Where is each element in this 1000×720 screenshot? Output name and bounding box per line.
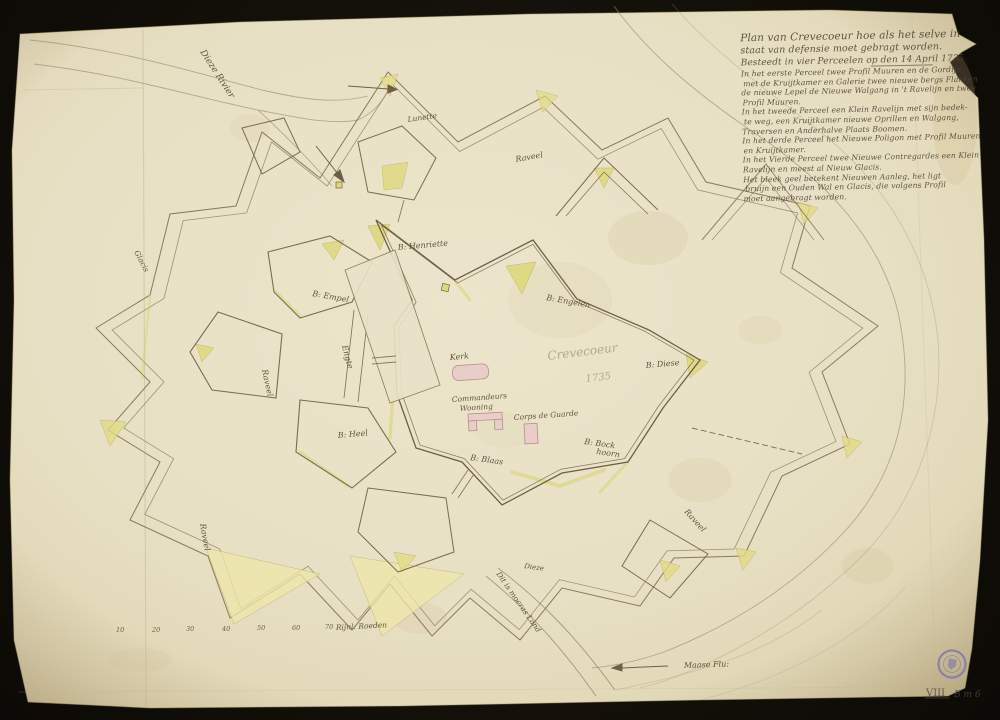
scale-tick-70: 70 (325, 623, 333, 631)
kerk-label: Kerk (448, 351, 469, 362)
scale-tick-20: 20 (151, 626, 160, 634)
scale-tick-60: 60 (292, 624, 300, 632)
shelf-mark-code: B m 6 (953, 690, 981, 700)
legend-text-block: Plan van Crevecoeur hoe als het selve in… (740, 28, 972, 218)
corps-de-guarde-building (524, 423, 538, 444)
scanned-map-photo: Dieze Rivier Lunette Raveel Glacis Ravee… (0, 0, 1000, 720)
scale-tick-30: 30 (186, 625, 194, 633)
shelf-mark-numeral: VIII (925, 688, 945, 699)
kerk-building (452, 363, 489, 380)
maas-label: Maase Flu: (683, 659, 730, 670)
scale-tick-40: 40 (221, 625, 230, 633)
scale-tick-10: 10 (116, 626, 124, 634)
scale-tick-50: 50 (257, 624, 265, 632)
